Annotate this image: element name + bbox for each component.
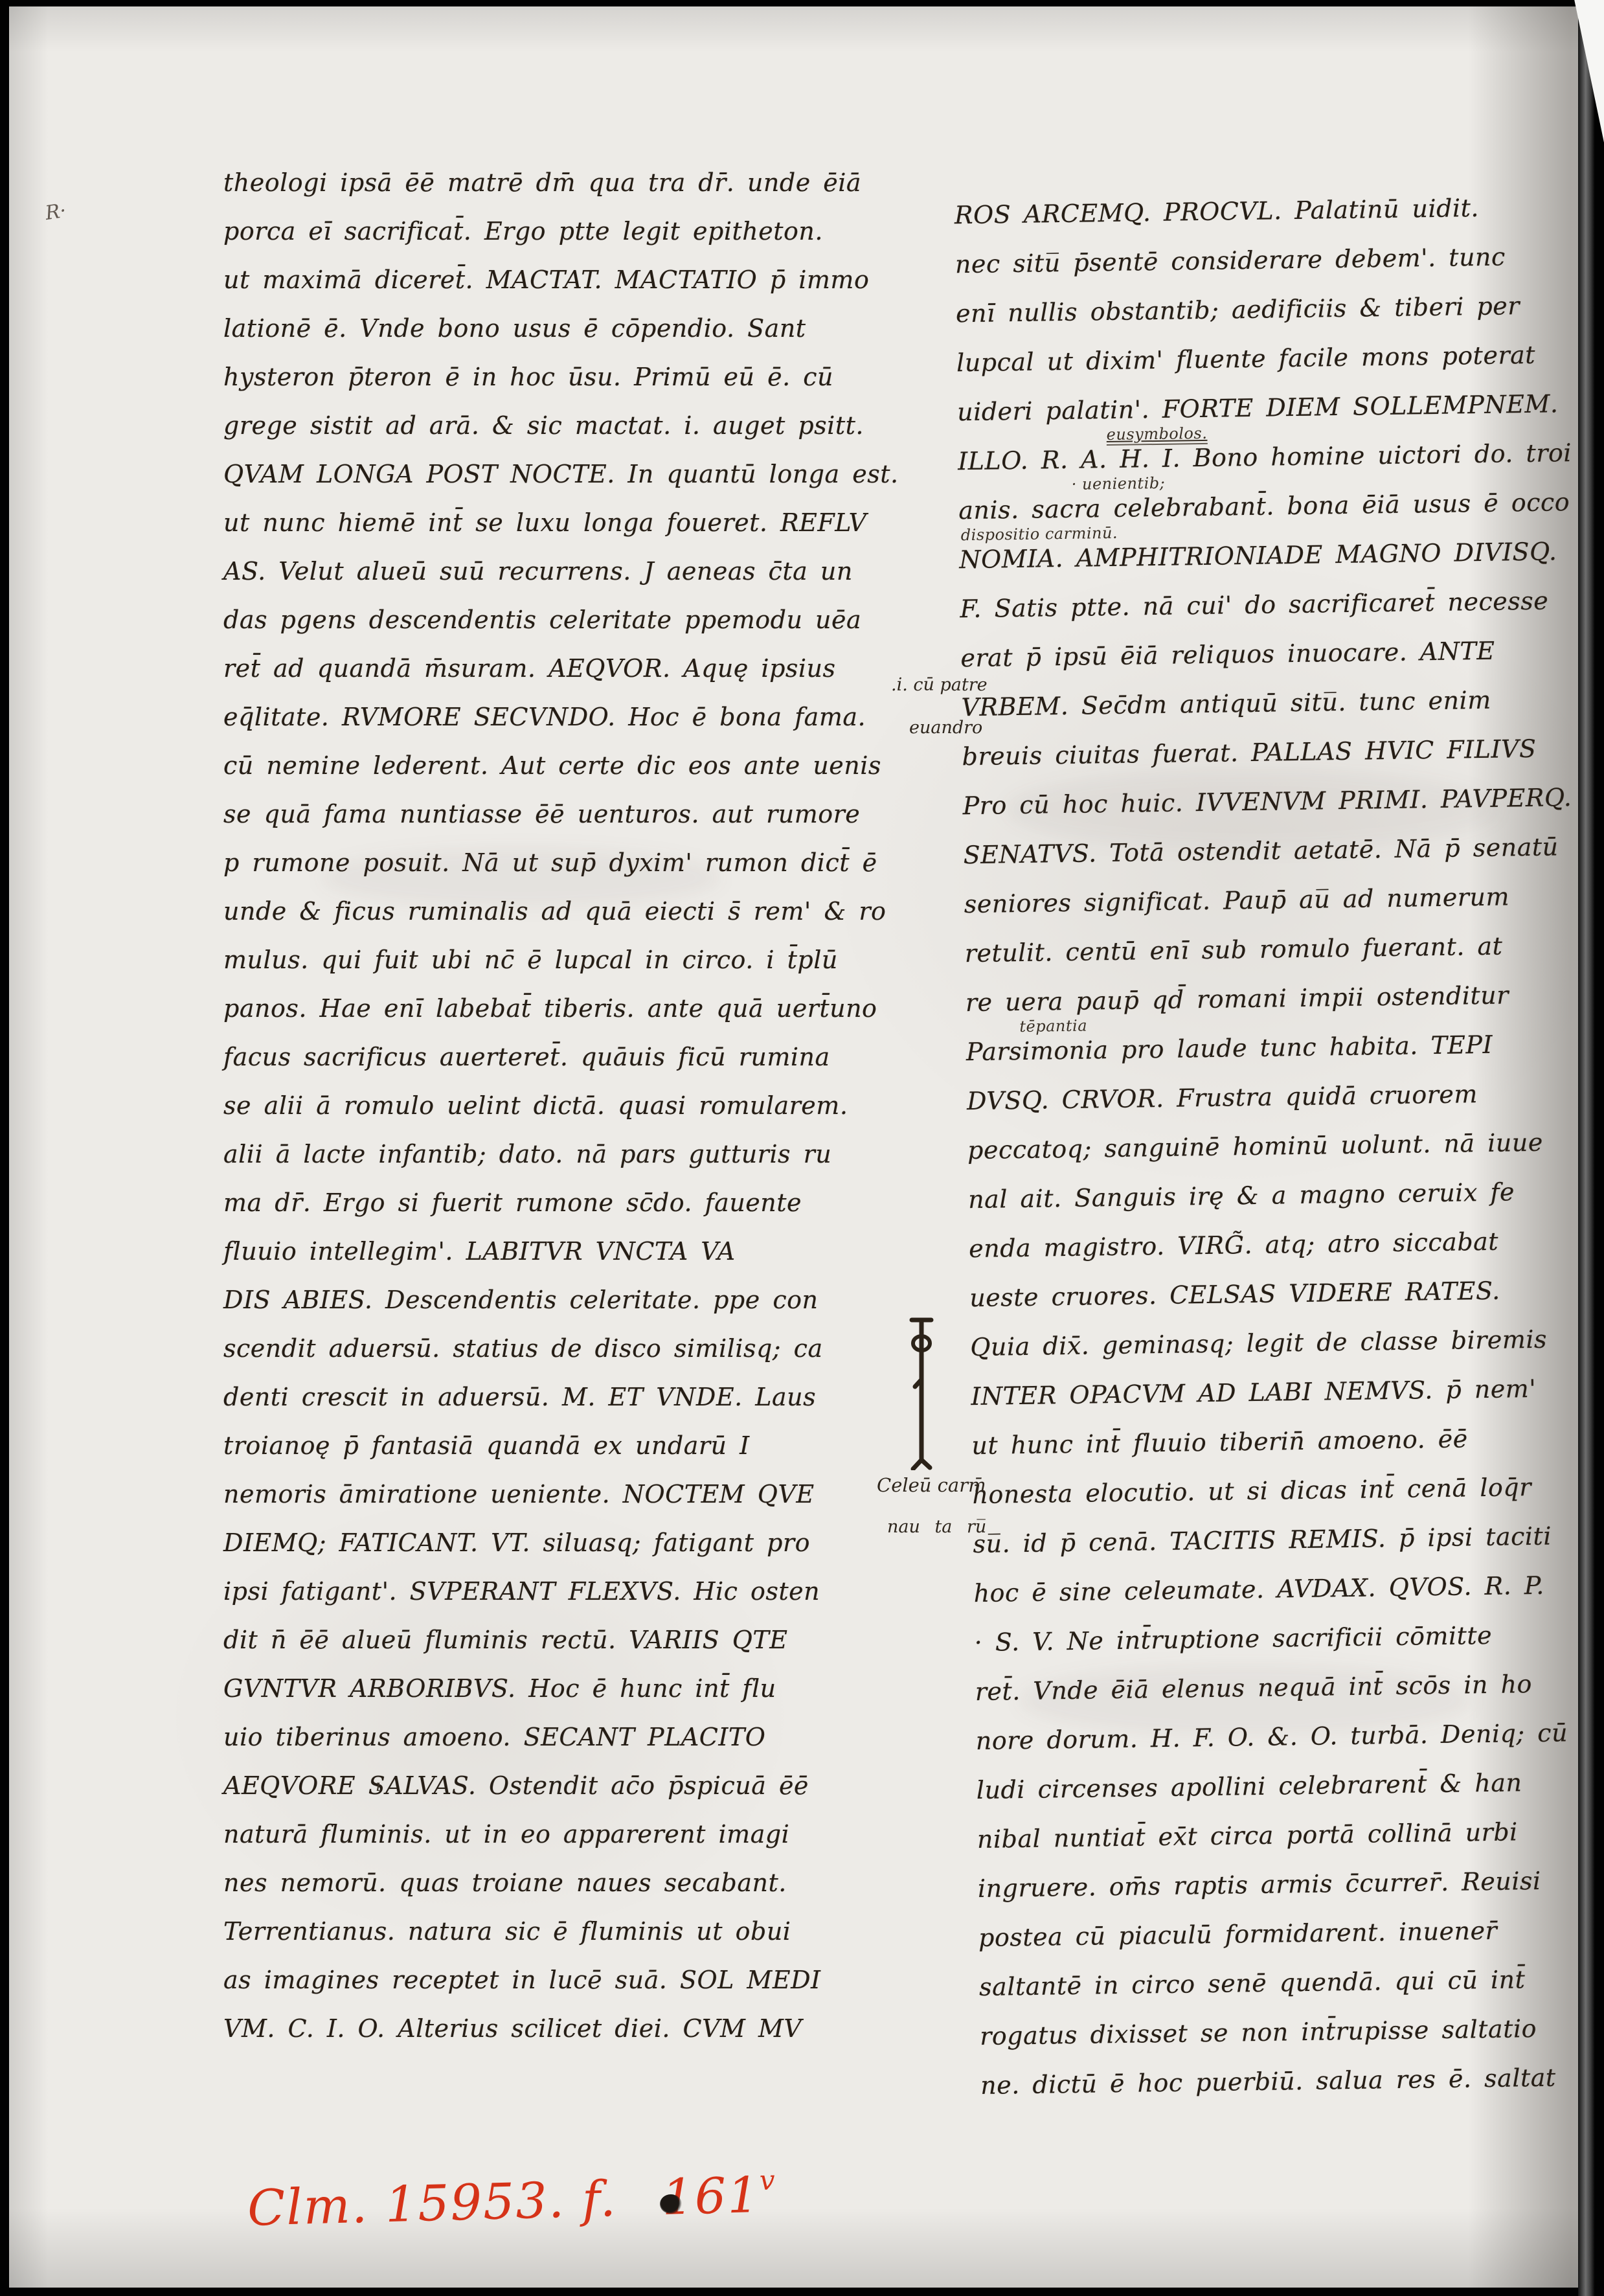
show-through-smudge [320, 848, 721, 907]
manuscript-line: denti crescit in aduersū. M. ET VNDE. La… [223, 1383, 874, 1431]
manuscript-line: nes nemorū. quas troiane naues secabant. [223, 1869, 874, 1917]
gutter-gloss-celeuma-line2: nau ta ru̅ [887, 1517, 986, 1537]
gutter-gloss-cum-patre-line1: .i. cū patre [891, 675, 988, 695]
manuscript-line: se alii ā romulo uelint dictā. quasi rom… [223, 1091, 874, 1140]
manuscript-line: QVAM LONGA POST NOCTE. In quantū longa e… [223, 460, 874, 508]
paragraphus-mark-icon [907, 1315, 936, 1475]
book-fore-edge [1578, 0, 1595, 2296]
manuscript-line: GVNTVR ARBORIBVS. Hoc ē hunc int̄ flu [223, 1674, 874, 1723]
manuscript-line: erat p̄ ipsū ēiā reliquos inuocare. ANTE [960, 635, 1560, 693]
manuscript-line: cū nemine lederent. Aut certe dic eos an… [223, 751, 874, 800]
gutter-gloss-celeuma-line1: Celeū carm̄ [877, 1474, 986, 1496]
manuscript-line: ut hunc int̄ fluuio tiberin̄ amoeno. ēē [971, 1423, 1571, 1481]
manuscript-line: VM. C. I. O. Alterius scilicet diei. CVM… [223, 2014, 874, 2063]
manuscript-line: nal ait. Sanguis irę & a magno ceruix fe [968, 1177, 1568, 1234]
manuscript-line: uio tiberinus amoeno. SECANT PLACITO [223, 1723, 874, 1771]
manuscript-line: retulit. centū enī sub romulo fuerant. a… [965, 931, 1564, 988]
manuscript-line: AS. Velut alueū suū recurrens. J aeneas … [223, 557, 874, 606]
show-through-smudge [1006, 771, 1498, 848]
interlinear-gloss: ı [376, 1777, 381, 1795]
manuscript-line: DVSQ. CRVOR. Frustra quidā cruorem [967, 1078, 1566, 1136]
manuscript-line: ut nunc hiemē int̄ se luxu longa foueret… [223, 508, 874, 557]
manuscript-line: se quā fama nuntiasse ēē uenturos. aut r… [223, 800, 874, 848]
interlinear-gloss: dispositio carminū. [961, 524, 1118, 544]
manuscript-line: INTER OPACVM AD LABI NEMVS. p̄ nem' [971, 1374, 1570, 1431]
manuscript-line: lationē ē. Vnde bono usus ē cōpendio. Sa… [223, 314, 874, 363]
manuscript-line: mulus. qui fuit ubi nc̄ ē lupcal in circ… [223, 946, 874, 994]
manuscript-line: ROS ARCEMQ. PROCVL. Palatinū uidit. [954, 192, 1554, 250]
manuscript-line: scendit aduersū. statius de disco simili… [223, 1334, 874, 1383]
manuscript-line: NOMIA. AMPHITRIONIADE MAGNO DIVISQ. [959, 537, 1559, 595]
manuscript-line: postea cū piaculū formidarent. inuener̄ [978, 1915, 1578, 1973]
interlinear-gloss: tēpantia [1019, 1017, 1087, 1036]
manuscript-line: hoc ē sine celeumate. AVDAX. QVOS. R. P. [973, 1571, 1573, 1628]
manuscript-line: ret̄ ad quandā m̄suram. AEQVOR. Aquę ips… [223, 654, 874, 703]
margin-pen-mark: R· [44, 199, 68, 225]
manuscript-line: saltantē in circo senē quendā. qui cū in… [979, 1964, 1579, 2022]
manuscript-line: honesta elocutio. ut si dicas int̄ cenā … [972, 1472, 1572, 1530]
manuscript-line: troianoę p̄ fantasiā quandā ex undarū I [223, 1431, 874, 1480]
manuscript-line: su̅. id p̄ cenā. TACITIS REMIS. p̄ ipsi … [973, 1521, 1572, 1579]
gutter-gloss-cum-patre-line2: euandro [909, 718, 982, 738]
manuscript-line: Parsimonia pro laude tunc habita. TEPI [966, 1029, 1566, 1087]
manuscript-line: nemoris āmiratione ueniente. NOCTEM QVE [223, 1480, 874, 1529]
manuscript-line: naturā fluminis. ut in eo apparerent ima… [223, 1820, 874, 1869]
manuscript-line: Quia dix̄. geminasq; legit de classe bir… [970, 1324, 1570, 1382]
manuscript-line: enī nullis obstantib; aedificiis & tiber… [956, 291, 1555, 348]
text-column-right: ROS ARCEMQ. PROCVL. Palatinū uidit.nec s… [954, 192, 1580, 2120]
manuscript-line: das pgens descendentis celeritate ppemod… [223, 606, 874, 654]
manuscript-line: ipsi fatigant'. SVPERANT FLEXVS. Hic ost… [223, 1577, 874, 1626]
manuscript-line: fluuio intellegim'. LABITVR VNCTA VA [223, 1237, 874, 1286]
manuscript-line: ILLO. R. A. H. I. Bono homine uictori do… [958, 438, 1557, 496]
manuscript-line: seniores significat. Paup̄ au̅ ad numeru… [964, 881, 1563, 939]
interlinear-gloss: · uenientib; [1072, 474, 1166, 494]
manuscript-line: VRBEM. Sec̄dm antiquū situ̅. tunc enim [961, 685, 1561, 742]
manuscript-line: grege sistit ad arā. & sic mactat. i. au… [223, 411, 874, 460]
manuscript-line: DIEMQ; FATICANT. VT. siluasq; fatigant p… [223, 1529, 874, 1577]
manuscript-line: alii ā lacte infantib; dato. nā pars gut… [223, 1140, 874, 1188]
manuscript-line: ut maximā diceret̄. MACTAT. MACTATIO p̄ … [223, 266, 874, 314]
manuscript-line: nec situ̅ p̄sentē considerare debem'. tu… [955, 242, 1555, 299]
shelfmark: Clm. 15953. f.161v [247, 2164, 777, 2236]
manuscript-page: R· theologi ipsā ēē matrē dm̄ qua tra dr… [9, 6, 1578, 2288]
shelfmark-folio-side: v [759, 2164, 776, 2196]
manuscript-line: ma dr̄. Ergo si fuerit rumone sc̄do. fau… [223, 1188, 874, 1237]
manuscript-line: hysteron p̄teron ē in hoc ūsu. Primū eū … [223, 363, 874, 411]
show-through-smudge [1019, 1665, 1473, 1736]
manuscript-line: porca eī sacrificat̄. Ergo ptte legit ep… [223, 217, 874, 266]
manuscript-line: uideri palatin'. FORTE DIEM SOLLEMPNEM. [957, 389, 1557, 447]
manuscript-line: enda magistro. VIRG̃. atq; atro siccabat [969, 1226, 1568, 1284]
text-column-left: theologi ipsā ēē matrē dm̄ qua tra dr̄. … [223, 168, 874, 2063]
shelfmark-prefix: Clm. 15953. f. [247, 2170, 618, 2237]
manuscript-line: dit n̄ ēē alueū fluminis rectū. VARIIS Q… [223, 1626, 874, 1674]
manuscript-line: Terrentianus. natura sic ē fluminis ut o… [223, 1917, 874, 1966]
manuscript-line: peccatoq; sanguinē hominū uolunt. nā iuu… [967, 1128, 1567, 1185]
manuscript-line: facus sacrificus auerteret̄. quāuis ficū… [223, 1043, 874, 1091]
manuscript-line: ingruere. om̄s raptis armis c̄currer̄. R… [978, 1866, 1577, 1924]
manuscript-line: ne. dictū ē hoc puerbiū. salua res ē. sa… [980, 2063, 1580, 2120]
manuscript-line: F. Satis ptte. nā cui' do sacrificaret̄ … [960, 586, 1559, 644]
manuscript-line: as imagines receptet in lucē suā. SOL ME… [223, 1966, 874, 2014]
manuscript-line: theologi ipsā ēē matrē dm̄ qua tra dr̄. … [223, 168, 874, 217]
manuscript-line: panos. Hae enī labebat̄ tiberis. ante qu… [223, 994, 874, 1043]
manuscript-line: ludi circenses apollini celebrarent̄ & h… [977, 1767, 1576, 1825]
manuscript-line: AEQVORE SALVAS. Ostendit ac̄o p̄spicuā ē… [223, 1771, 874, 1820]
manuscript-line: nibal nuntiat̄ ex̄t circa portā collinā … [977, 1817, 1577, 1874]
manuscript-photograph: R· theologi ipsā ēē matrē dm̄ qua tra dr… [0, 0, 1604, 2296]
manuscript-line: eq̄litate. RVMORE SECVNDO. Hoc ē bona fa… [223, 703, 874, 751]
manuscript-line: rogatus dixisset se non int̄rupisse salt… [980, 2014, 1579, 2071]
manuscript-line: DIS ABIES. Descendentis celeritate. ppe … [223, 1286, 874, 1334]
manuscript-line: lupcal ut dixim' fluente facile mons pot… [956, 340, 1556, 398]
ink-blot [660, 2194, 682, 2214]
manuscript-line: ueste cruores. CELSAS VIDERE RATES. [969, 1275, 1569, 1333]
interlinear-gloss: eusymbolos. [1106, 424, 1207, 446]
